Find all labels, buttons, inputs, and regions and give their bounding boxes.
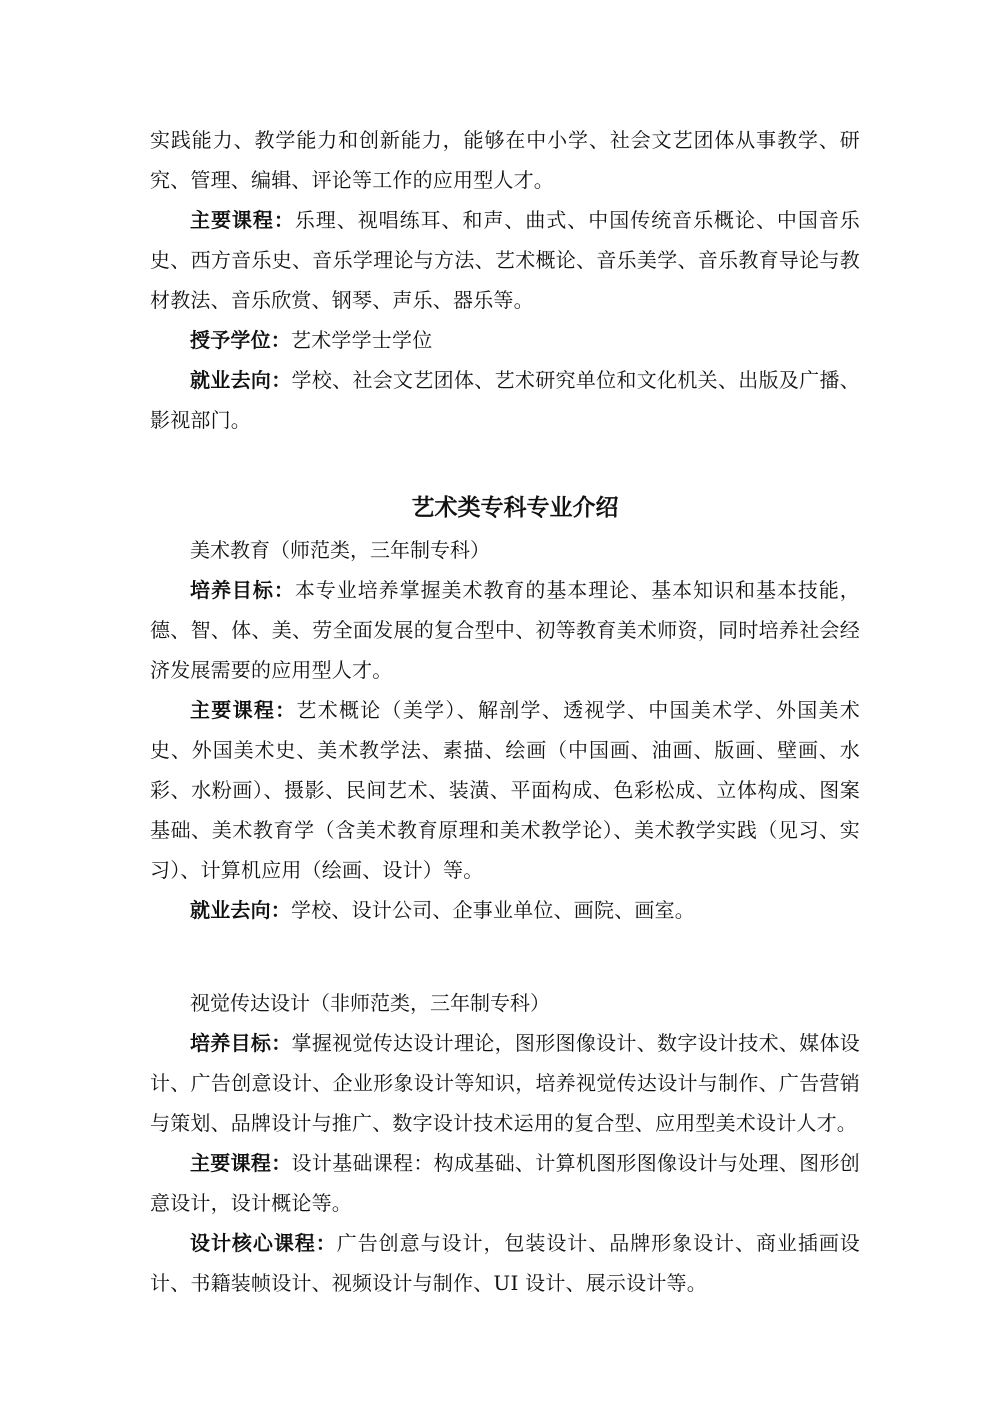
field-value: 艺术概论（美学）、解剖学、透视学、中国美术学、外国美术史、外国美术史、美术教学法… [150, 698, 860, 882]
paragraph-goal: 培养目标：掌握视觉传达设计理论，图形图像设计、数字设计技术、媒体设计、广告创意设… [150, 1023, 860, 1143]
field-value: 艺术学学士学位 [291, 328, 432, 352]
paragraph-employment: 就业去向：学校、设计公司、企事业单位、画院、画室。 [150, 890, 860, 930]
paragraph-continuation: 实践能力、教学能力和创新能力，能够在中小学、社会文艺团体从事教学、研究、管理、编… [150, 120, 860, 200]
spacer [150, 930, 860, 983]
field-value: 学校、设计公司、企事业单位、画院、画室。 [291, 898, 695, 922]
field-label: 主要课程： [190, 1151, 292, 1175]
paragraph-courses: 主要课程：艺术概论（美学）、解剖学、透视学、中国美术学、外国美术史、外国美术史、… [150, 690, 860, 890]
field-label: 主要课程： [190, 698, 296, 722]
paragraph-degree: 授予学位：艺术学学士学位 [150, 320, 860, 360]
paragraph-courses: 主要课程：设计基础课程：构成基础、计算机图形图像设计与处理、图形创意设计，设计概… [150, 1143, 860, 1223]
paragraph-core-courses: 设计核心课程：广告创意与设计，包装设计、品牌形象设计、商业插画设计、书籍装帧设计… [150, 1223, 860, 1303]
major-name: 视觉传达设计（非师范类，三年制专科） [150, 983, 860, 1023]
major-visual-communication-design: 视觉传达设计（非师范类，三年制专科） 培养目标：掌握视觉传达设计理论，图形图像设… [150, 983, 860, 1303]
field-label: 设计核心课程： [190, 1231, 337, 1255]
section-title: 艺术类专科专业介绍 [150, 486, 860, 530]
paragraph-music-courses: 主要课程：乐理、视唱练耳、和声、曲式、中国传统音乐概论、中国音乐史、西方音乐史、… [150, 200, 860, 320]
spacer [150, 440, 860, 486]
major-name: 美术教育（师范类，三年制专科） [150, 530, 860, 570]
paragraph-goal: 培养目标：本专业培养掌握美术教育的基本理论、基本知识和基本技能，德、智、体、美、… [150, 570, 860, 690]
field-label: 就业去向： [190, 368, 292, 392]
field-label: 就业去向： [190, 898, 291, 922]
field-label: 主要课程： [190, 208, 295, 232]
paragraph-music-employment: 就业去向：学校、社会文艺团体、艺术研究单位和文化机关、出版及广播、影视部门。 [150, 360, 860, 440]
paragraph-text: 实践能力、教学能力和创新能力，能够在中小学、社会文艺团体从事教学、研究、管理、编… [150, 128, 860, 192]
field-label: 培养目标： [190, 1031, 292, 1055]
field-label: 培养目标： [190, 578, 295, 602]
major-art-education: 美术教育（师范类，三年制专科） 培养目标：本专业培养掌握美术教育的基本理论、基本… [150, 530, 860, 930]
field-label: 授予学位： [190, 328, 291, 352]
document-page: 实践能力、教学能力和创新能力，能够在中小学、社会文艺团体从事教学、研究、管理、编… [150, 120, 860, 1303]
